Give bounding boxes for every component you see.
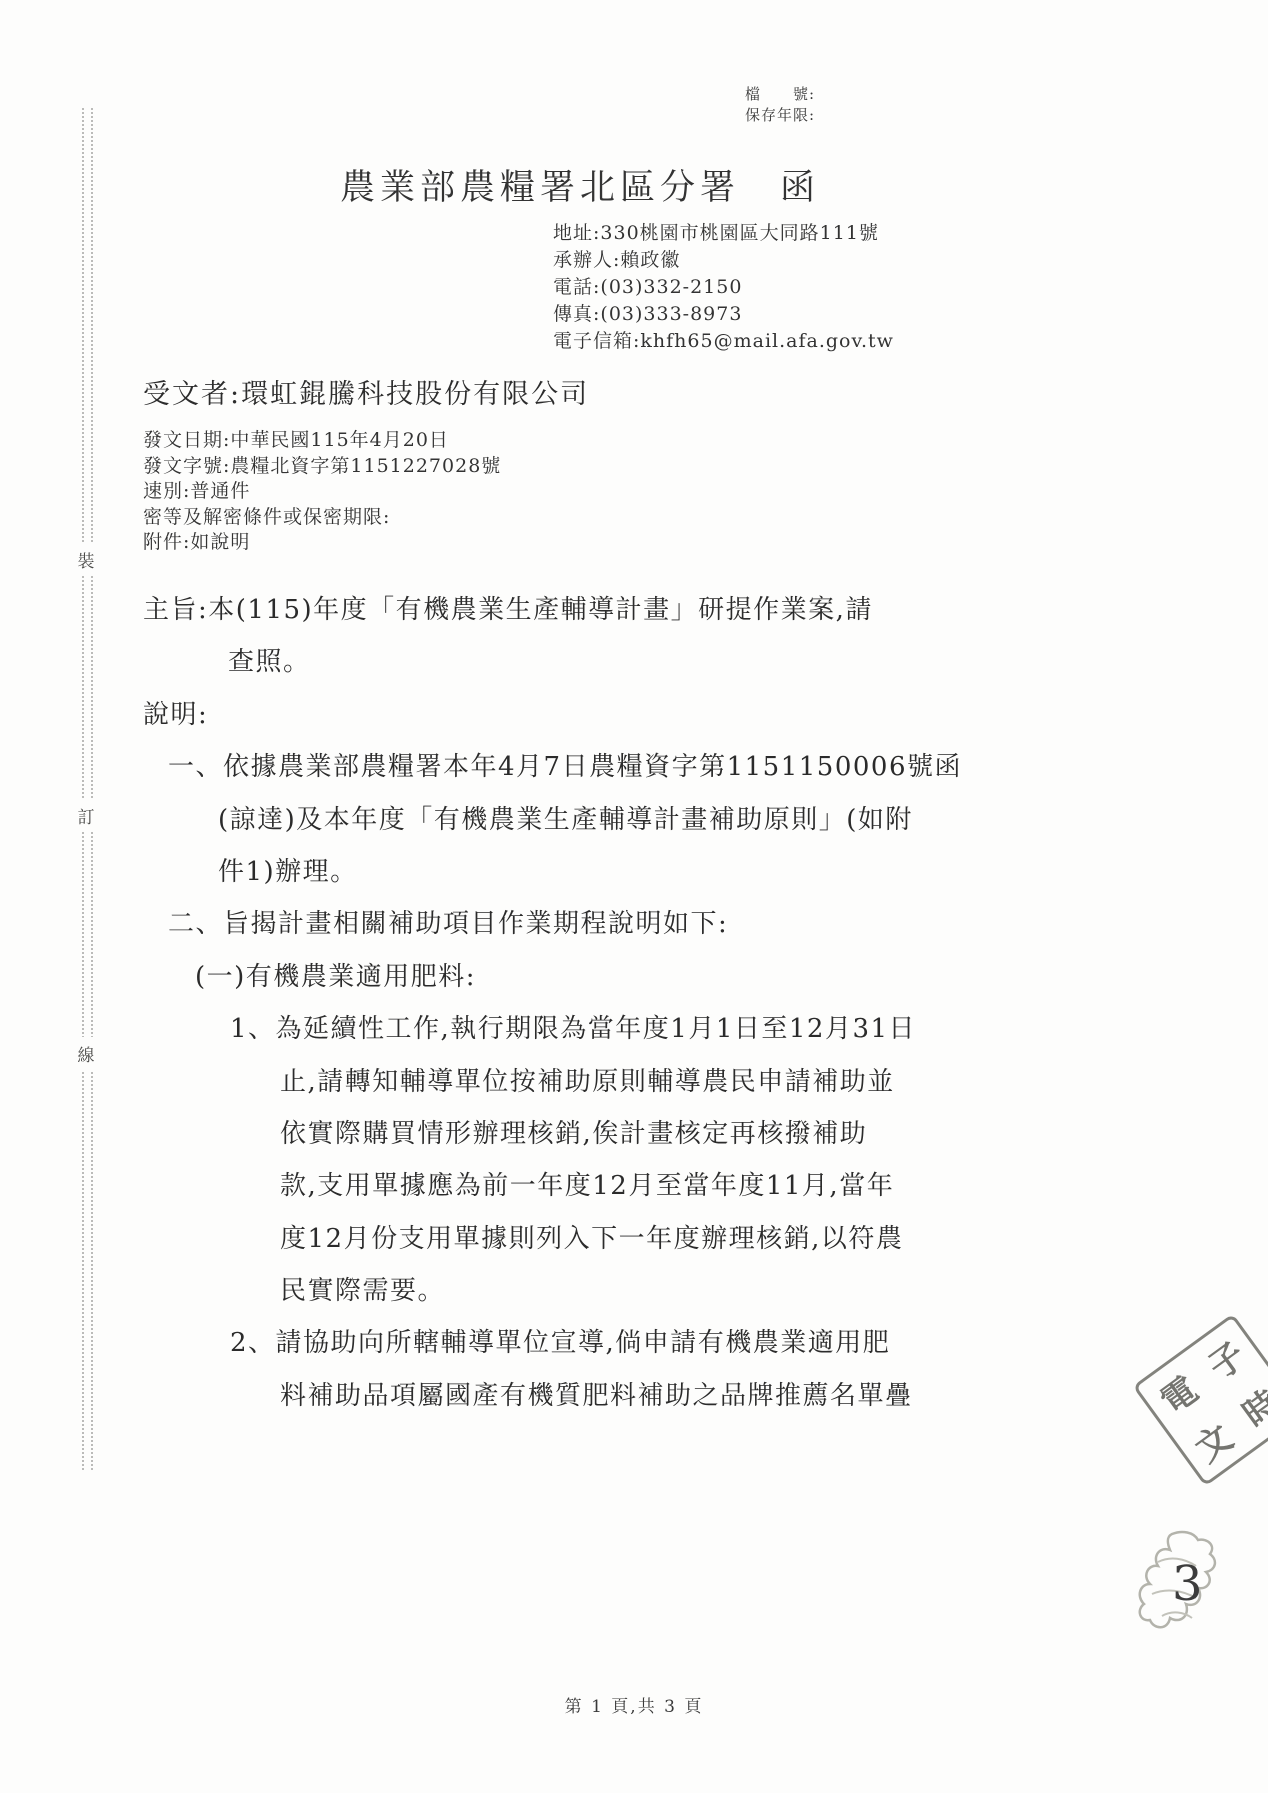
- document-meta-block: 發文日期:中華民國115年4月20日 發文字號:農糧北資字第1151227028…: [143, 428, 501, 556]
- body-line: 民實際需要。: [143, 1265, 1043, 1317]
- stamp-char: 電: [1149, 1363, 1207, 1424]
- body-line-subject: 主旨:本(115)年度「有機農業生產輔導計畫」研提作業案,請: [143, 584, 1043, 636]
- body-line: 料補助品項屬國產有機質肥料補助之品牌推薦名單疊: [143, 1370, 1043, 1422]
- page-footer: 第 1 頁,共 3 頁: [0, 1692, 1268, 1717]
- scanned-official-letter-page: 檔 號: 保存年限: 農業部農糧署北區分署 函 地址:330桃園市桃園區大同路1…: [0, 0, 1268, 1793]
- recipient-line: 受文者:環虹錕騰科技股份有限公司: [143, 372, 589, 411]
- binding-mark-ding: 訂: [76, 799, 96, 832]
- sender-phone: 電話:(03)332-2150: [553, 274, 894, 301]
- body-line-item-2: 二、旨揭計畫相關補助項目作業期程說明如下:: [143, 898, 1043, 950]
- body-line: 依實際購買情形辦理核銷,俟計畫核定再核撥補助: [143, 1108, 1043, 1160]
- document-title: 農業部農糧署北區分署 函: [340, 160, 820, 210]
- electronic-exchange-stamp: 電 子 文 時: [1132, 1313, 1268, 1486]
- body-line: (諒達)及本年度「有機農業生產輔導計畫補助原則」(如附: [143, 794, 1043, 846]
- issue-date: 發文日期:中華民國115年4月20日: [143, 428, 501, 454]
- attachment-note: 附件:如說明: [143, 530, 501, 556]
- speed-class: 速別:普通件: [143, 479, 501, 505]
- sender-person: 承辦人:賴政徽: [553, 247, 894, 274]
- body-line-point-1: 1、為延續性工作,執行期限為當年度1月1日至12月31日: [143, 1003, 1043, 1055]
- file-number-label: 檔 號:: [745, 84, 815, 105]
- sender-email: 電子信箱:khfh65@mail.afa.gov.tw: [553, 328, 894, 355]
- stamp-char: 文: [1184, 1411, 1242, 1472]
- body-line: 度12月份支用單據則列入下一年度辦理核銷,以符農: [143, 1213, 1043, 1265]
- crumpled-page-seal: 3: [1138, 1528, 1230, 1646]
- sender-contact-block: 地址:330桃園市桃園區大同路111號 承辦人:賴政徽 電話:(03)332-2…: [553, 220, 894, 355]
- stamp-char: 子: [1197, 1328, 1255, 1389]
- security-class: 密等及解密條件或保密期限:: [143, 505, 501, 531]
- seal-page-number: 3: [1172, 1556, 1203, 1612]
- body-line-subitem-1: (一)有機農業適用肥料:: [143, 951, 1043, 1003]
- body-line: 款,支用單據應為前一年度12月至當年度11月,當年: [143, 1160, 1043, 1212]
- body-line-point-2: 2、請協助向所轄輔導單位宣導,倘申請有機農業適用肥: [143, 1317, 1043, 1369]
- binding-dotted-line: [82, 108, 93, 1470]
- sender-address: 地址:330桃園市桃園區大同路111號: [553, 220, 894, 247]
- stamp-char: 時: [1231, 1376, 1268, 1437]
- binding-mark-xian: 線: [76, 1037, 96, 1070]
- letter-body: 主旨:本(115)年度「有機農業生產輔導計畫」研提作業案,請 查照。 說明: 一…: [143, 584, 1043, 1422]
- body-line-explanation-header: 說明:: [143, 689, 1043, 741]
- binding-mark-zhuang: 裝: [76, 543, 96, 576]
- body-line: 件1)辦理。: [143, 846, 1043, 898]
- seal-graphic: 3: [1138, 1528, 1230, 1646]
- body-line: 查照。: [143, 636, 1043, 688]
- body-line: 止,請轉知輔導單位按補助原則輔導農民申請補助並: [143, 1056, 1043, 1108]
- archive-labels: 檔 號: 保存年限:: [745, 84, 815, 126]
- document-number: 發文字號:農糧北資字第1151227028號: [143, 454, 501, 480]
- retention-period-label: 保存年限:: [745, 105, 815, 126]
- body-line-item-1: 一、依據農業部農糧署本年4月7日農糧資字第1151150006號函: [143, 741, 1043, 793]
- sender-fax: 傳真:(03)333-8973: [553, 301, 894, 328]
